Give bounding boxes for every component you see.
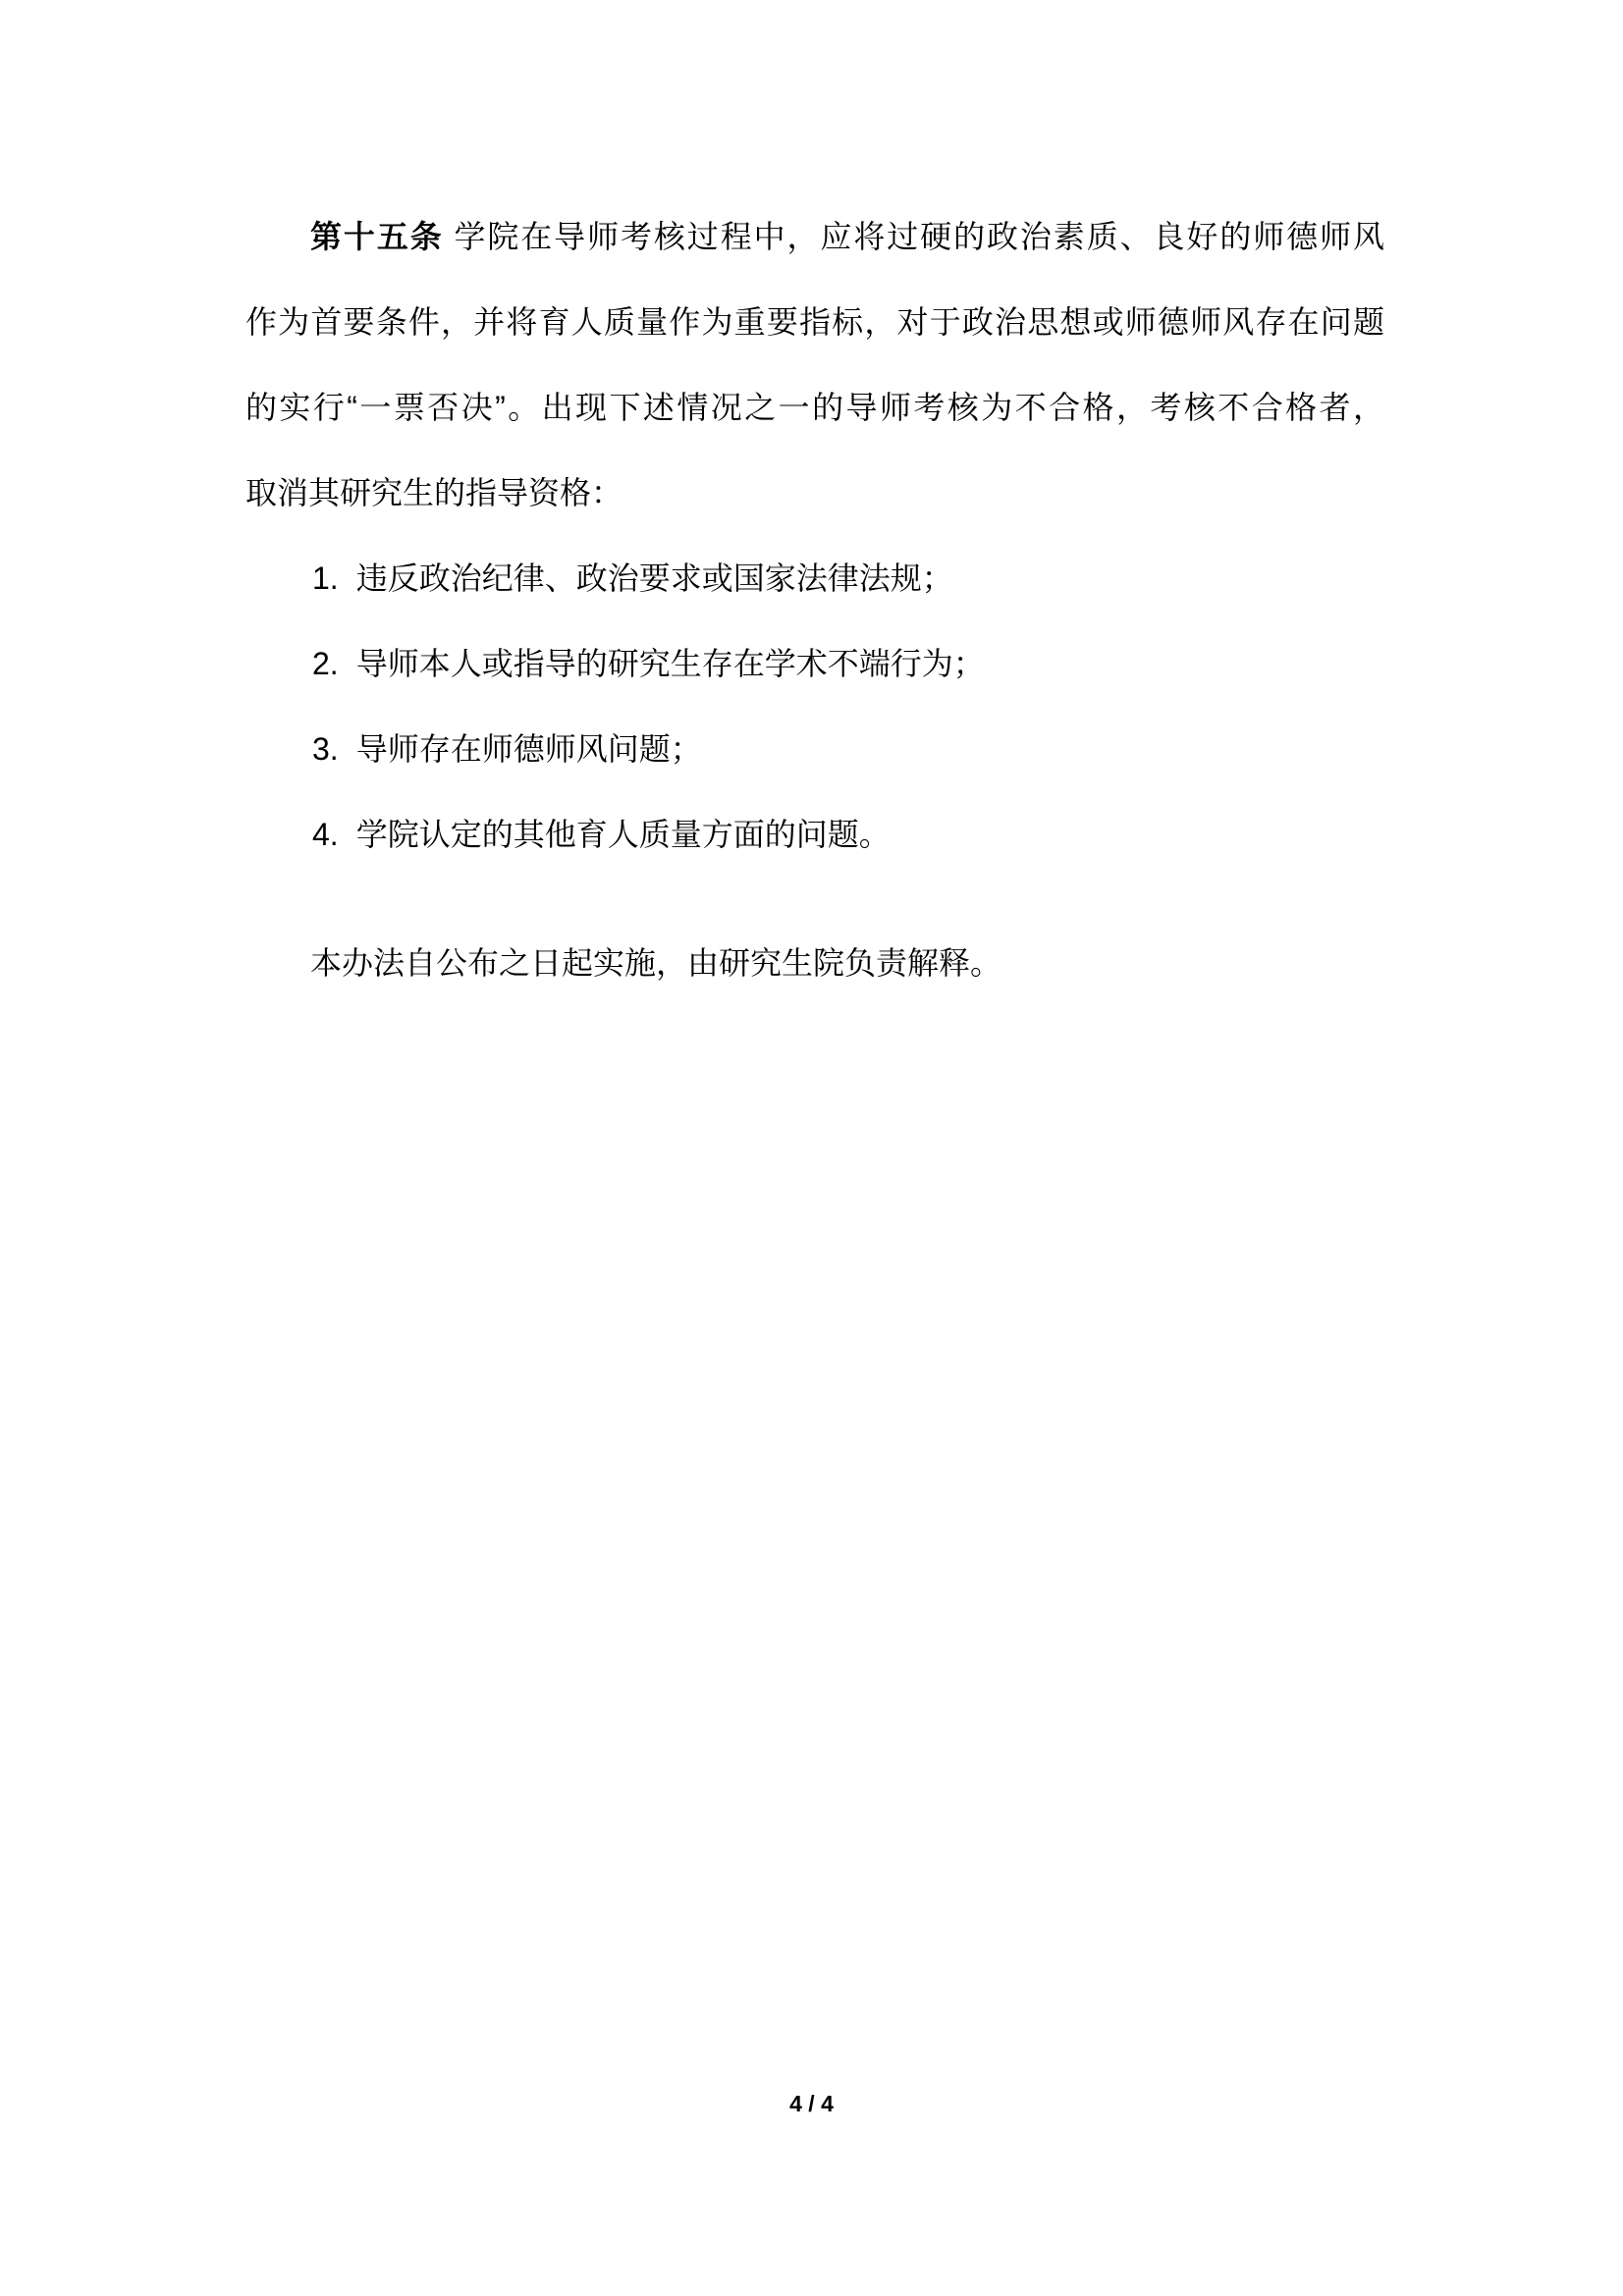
list-item-4-text: 学院认定的其他育人质量方面的问题。	[356, 817, 891, 852]
list-item-1-number: 1.	[312, 561, 339, 596]
article-number: 第十五条	[310, 219, 444, 254]
list-item-2: 2.导师本人或指导的研究生存在学术不端行为；	[245, 621, 1384, 707]
document-body: 第十五条 学院在导师考核过程中，应将过硬的政治素质、良好的师德师风 作为首要条件…	[245, 194, 1384, 1006]
closing-paragraph: 本办法自公布之日起实施，由研究生院负责解释。	[245, 921, 1384, 1006]
list-item-1-text: 违反政治纪律、政治要求或国家法律法规；	[356, 561, 953, 596]
list-item-1: 1.违反政治纪律、政治要求或国家法律法规；	[245, 536, 1384, 621]
article-15-line-2: 作为首要条件，并将育人质量作为重要指标，对于政治思想或师德师风存在问题	[245, 280, 1384, 365]
article-15-line-3: 的实行“一票否决”。出现下述情况之一的导师考核为不合格，考核不合格者，	[245, 365, 1384, 451]
list-item-3: 3.导师存在师德师风问题；	[245, 707, 1384, 792]
article-15-line-1: 第十五条 学院在导师考核过程中，应将过硬的政治素质、良好的师德师风	[245, 194, 1384, 280]
list-item-2-text: 导师本人或指导的研究生存在学术不端行为；	[356, 646, 985, 681]
list-item-2-number: 2.	[312, 646, 339, 681]
article-15-line-1-text: 学院在导师考核过程中，应将过硬的政治素质、良好的师德师风	[444, 219, 1384, 254]
page-number-indicator: 4 / 4	[0, 2089, 1623, 2118]
list-item-4: 4.学院认定的其他育人质量方面的问题。	[245, 792, 1384, 878]
document-page: 第十五条 学院在导师考核过程中，应将过硬的政治素质、良好的师德师风 作为首要条件…	[0, 0, 1623, 2296]
article-15-line-4: 取消其研究生的指导资格：	[245, 451, 1384, 536]
list-item-3-number: 3.	[312, 731, 339, 767]
list-item-3-text: 导师存在师德师风问题；	[356, 731, 702, 767]
list-item-4-number: 4.	[312, 817, 339, 852]
